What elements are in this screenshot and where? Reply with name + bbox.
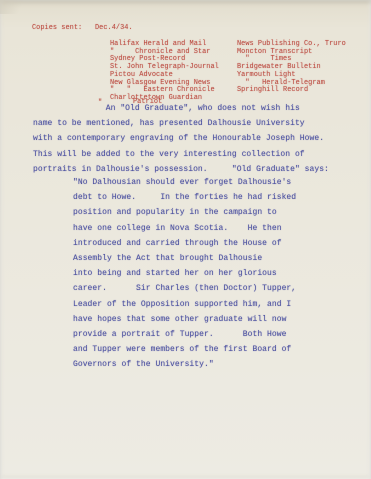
text-line: position and popularity in the campaign …	[73, 205, 296, 220]
text-line: Leader of the Opposition supported him, …	[73, 297, 296, 312]
text-line: An "Old Graduate", who does not wish his	[33, 101, 329, 116]
text-line: Governors of the University."	[73, 357, 296, 372]
text-line: and Tupper were members of the first Boa…	[73, 342, 296, 357]
text-line: into being and started her on her glorio…	[73, 266, 296, 281]
text-line: "No Dalhousian should ever forget Dalhou…	[73, 175, 296, 190]
text-line: career. Sir Charles (then Doctor) Tupper…	[73, 281, 296, 296]
text-line: provide a portrait of Tupper. Both Howe	[73, 327, 296, 342]
text-line: have hopes that some other graduate will…	[73, 312, 296, 327]
text-line: name to be mentioned, has presented Dalh…	[33, 116, 329, 131]
distribution-list-left-column: Halifax Herald and Mail" Chronicle and S…	[110, 41, 219, 103]
distribution-list-right-column: News Publishing Co., TruroMoncton Transc…	[237, 41, 346, 95]
intro-paragraph: An "Old Graduate", who does not wish his…	[33, 101, 329, 177]
quote-paragraph: "No Dalhousian should ever forget Dalhou…	[73, 175, 296, 373]
text-line: debt to Howe. In the forties he had risk…	[73, 190, 296, 205]
scan-corner-wrinkle	[0, 0, 34, 14]
text-line: Assembly the Act that brought Dalhousie	[73, 251, 296, 266]
text-line: This will be added to the very interesti…	[33, 147, 329, 162]
text-line: introduced and carried through the House…	[73, 236, 296, 251]
text-line: have one college in Nova Scotia. He then	[73, 221, 296, 236]
typewritten-page: Copies sent: Dec.4/34. Halifax Herald an…	[0, 0, 371, 479]
copies-sent-label: Copies sent:	[32, 25, 82, 33]
text-line: with a contemporary engraving of the Hon…	[33, 131, 329, 146]
copies-sent-date: Dec.4/34.	[95, 25, 133, 33]
text-line: Springhill Record	[237, 87, 346, 95]
